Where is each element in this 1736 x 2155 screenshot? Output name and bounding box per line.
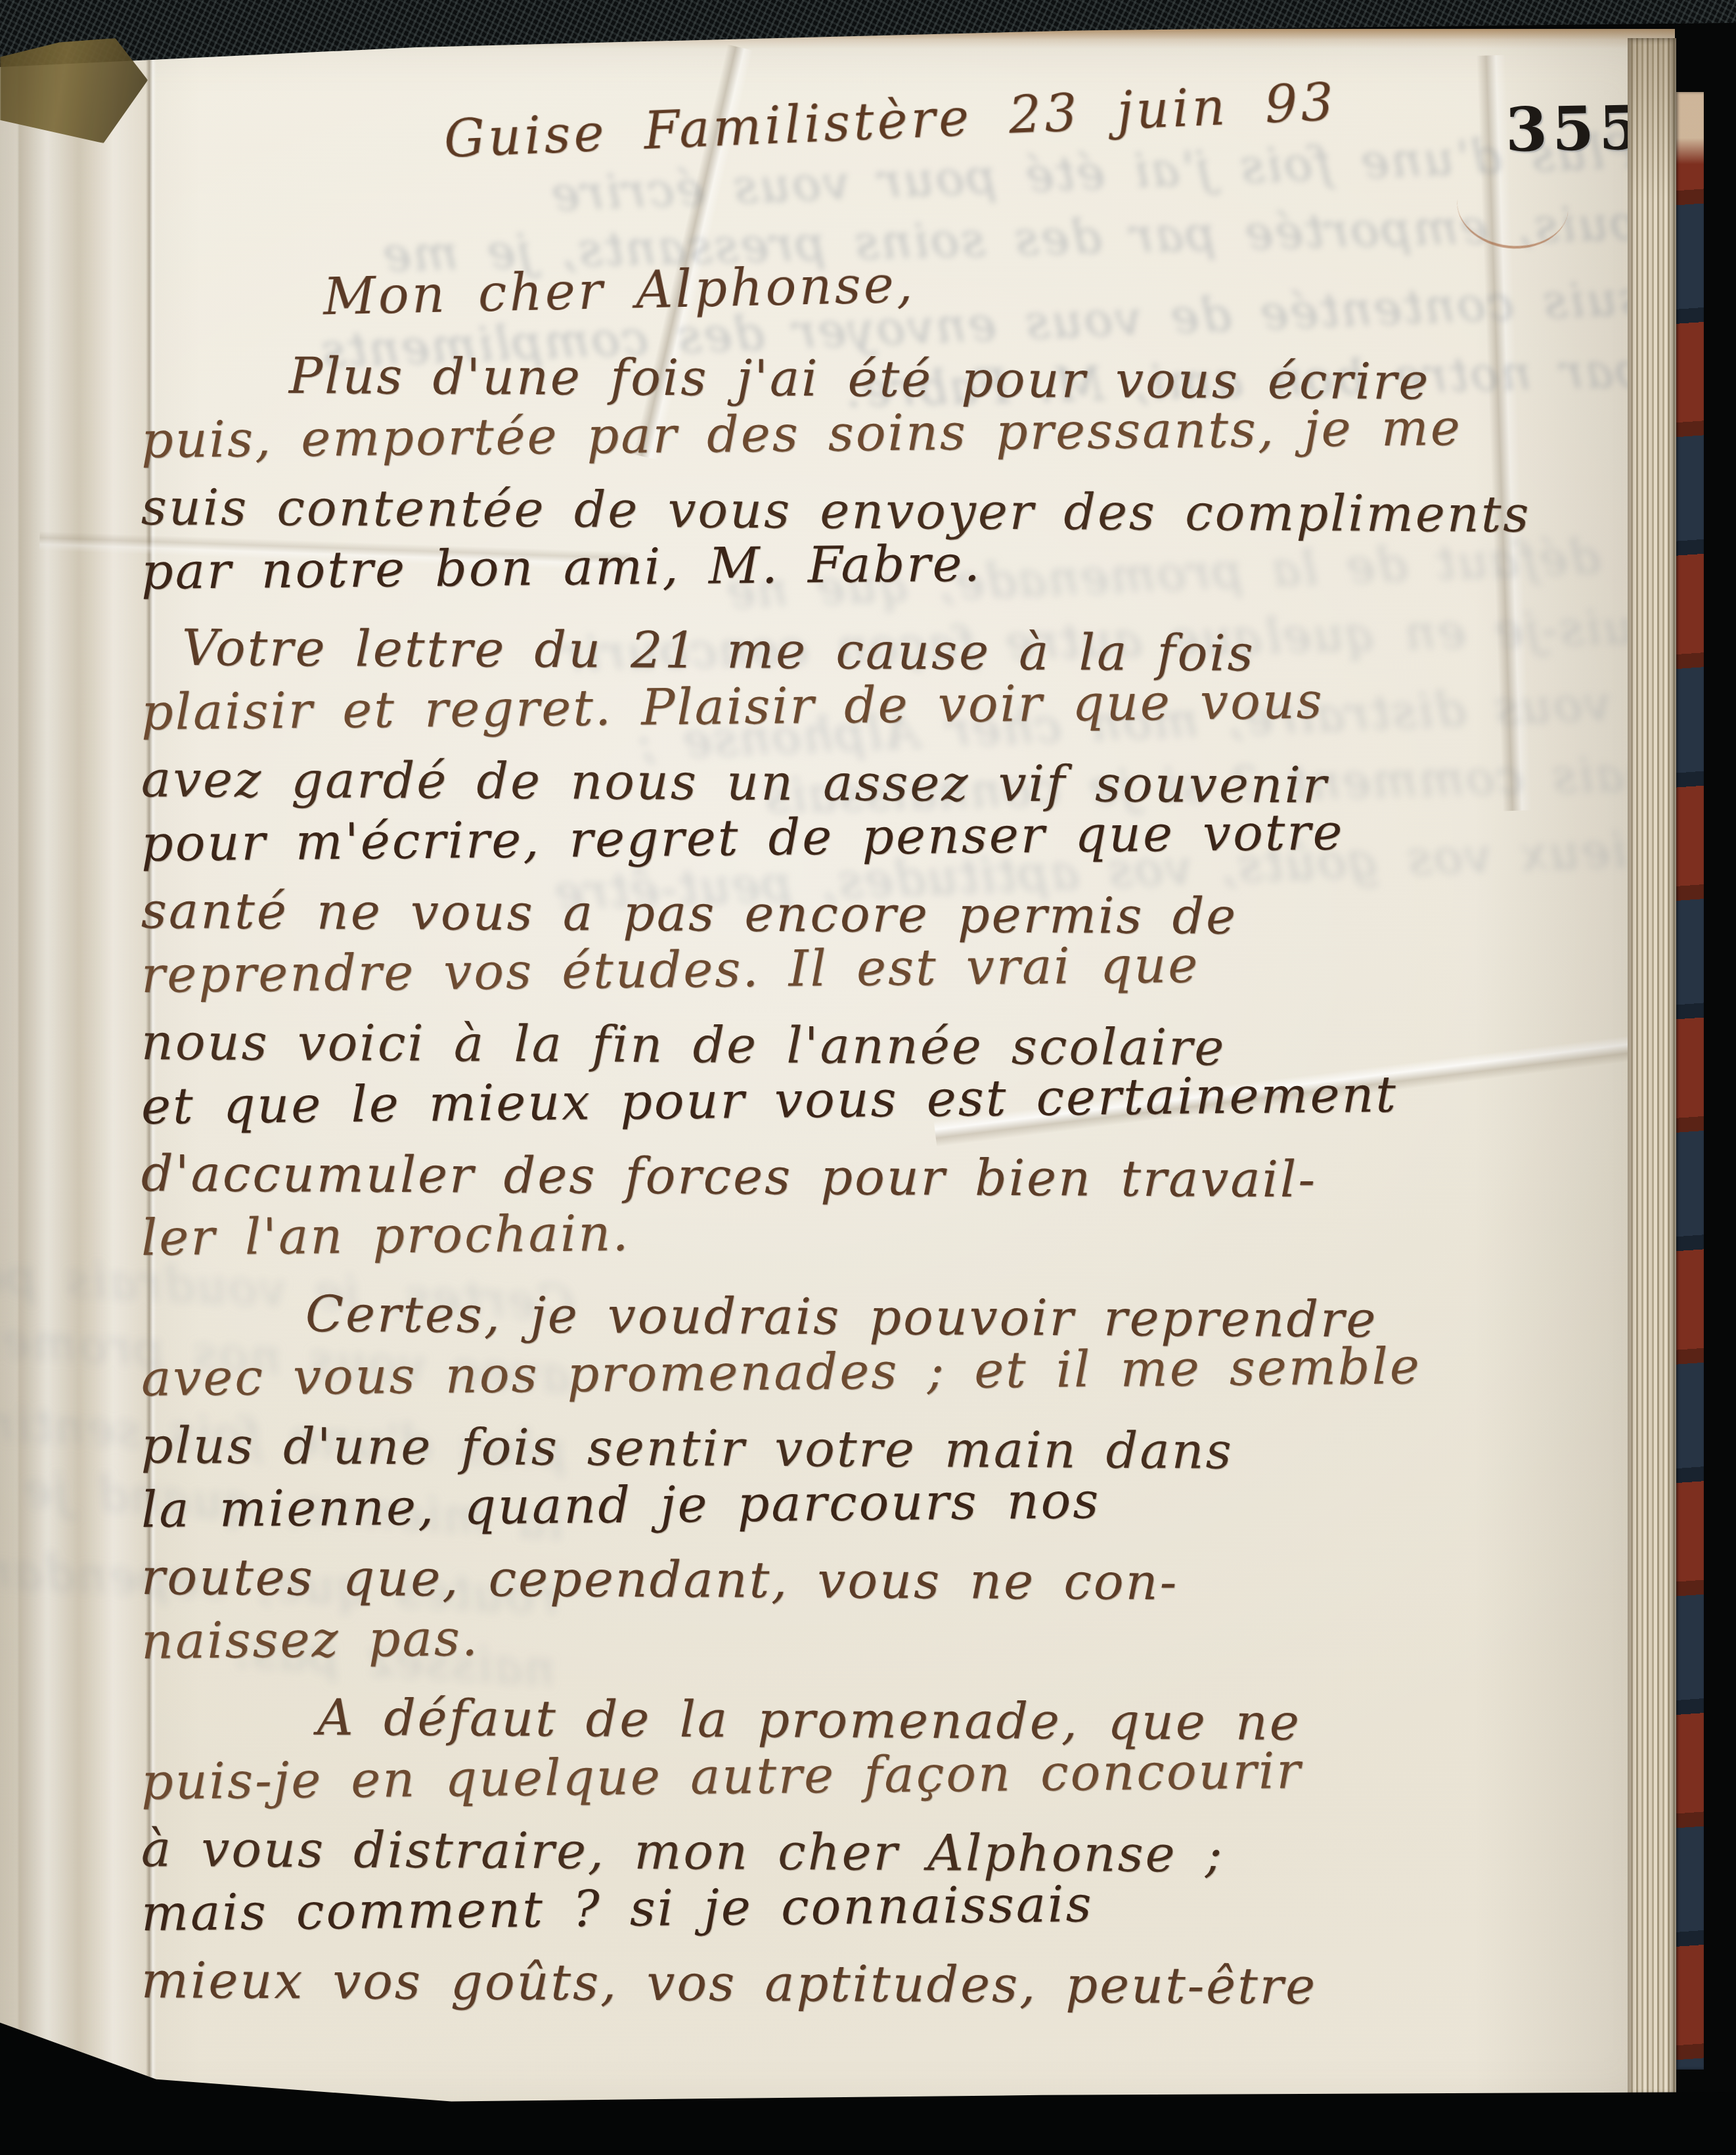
letter-line: la mienne, quand je parcours nos [141, 1463, 1574, 1543]
letter-line: puis, emportée par des soins pressants, … [141, 394, 1574, 473]
book-page-photo: Plus d'une fois j'ai été pour vous écrir… [0, 0, 1736, 2155]
letter-line: ler l'an prochain. [141, 1191, 1574, 1271]
letter-line: plaisir et regret. Plaisir de voir que v… [141, 666, 1574, 745]
page-number-stamp: 355 [1505, 92, 1646, 166]
letter-line: puis-je en quelque autre façon concourir [141, 1735, 1574, 1815]
letter-salutation: Mon cher Alphonse, [323, 256, 916, 327]
letter-line: avec vous nos promenades ; et il me semb… [141, 1332, 1574, 1411]
letter-body: Plus d'une fois j'ai été pour vous écrir… [141, 342, 1573, 2021]
book-fore-edge-marbling [1676, 92, 1704, 2070]
letter-paragraph: A défaut de la promenade, que nepuis-je … [141, 1683, 1573, 2012]
letter-line: reprendre vos études. Il est vrai que [141, 928, 1574, 1008]
letter-line: naissez pas. [141, 1595, 1574, 1674]
page-fold-left [18, 29, 150, 2123]
letter-line: et que le mieux pour vous est certaineme… [141, 1060, 1574, 1139]
letter-line: mais comment ? si je connaissais [141, 1867, 1574, 1946]
letter-line: par notre bon ami, M. Fabre. [141, 525, 1574, 604]
book-fore-edge-pages [1628, 38, 1676, 2096]
letter-line: mieux vos goûts, vos aptitudes, peut-êtr… [141, 1947, 1573, 2020]
letter-paragraph: Plus d'une fois j'ai été pour vous écrir… [141, 342, 1573, 604]
letter-paragraph: Votre lettre du 21 me cause à la foispla… [141, 614, 1573, 1271]
letter-line: pour m'écrire, regret de penser que votr… [141, 797, 1574, 876]
letter-paragraph: Certes, je voudrais pouvoir reprendreave… [141, 1280, 1573, 1674]
